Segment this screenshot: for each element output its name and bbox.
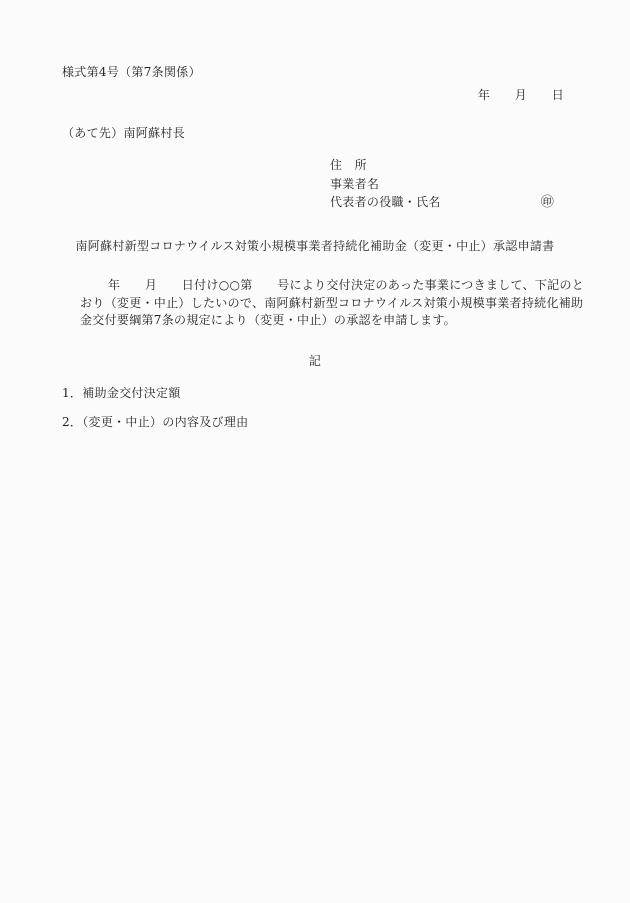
body-line: 金交付要綱第7条の規定により（変更・中止）の承認を申請します。 [80, 312, 590, 330]
body-line: おり（変更・中止）したいので、南阿蘇村新型コロナウイルス対策小規模事業者持続化補… [80, 295, 590, 313]
document-page: 様式第4号（第7条関係） 年 月 日 （あて先）南阿蘇村長 住 所 事業者名 代… [0, 0, 630, 903]
business-name-label: 事業者名 [330, 175, 554, 194]
address-label: 住 所 [330, 156, 554, 175]
body-paragraph: 年 月 日付け○○第 号により交付決定のあった事業につきまして、下記のと おり（… [80, 277, 590, 330]
form-number: 様式第4号（第7条関係） [62, 63, 201, 80]
document-title: 南阿蘇村新型コロナウイルス対策小規模事業者持続化補助金（変更・中止）承認申請書 [62, 237, 568, 254]
list-item-change-reason: 2．（変更・中止）の内容及び理由 [62, 413, 248, 430]
list-item-grant-amount: 1．補助金交付決定額 [62, 384, 181, 401]
body-line: 年 月 日付け○○第 号により交付決定のあった事業につきまして、下記のと [80, 277, 590, 295]
record-heading: 記 [62, 352, 568, 369]
date-line: 年 月 日 [478, 86, 564, 103]
seal-mark-icon: ㊞ [541, 194, 554, 213]
addressee: （あて先）南阿蘇村長 [62, 124, 185, 141]
applicant-block: 住 所 事業者名 代表者の役職・氏名 ㊞ [330, 156, 554, 212]
representative-line: 代表者の役職・氏名 ㊞ [330, 193, 554, 212]
representative-label: 代表者の役職・氏名 [330, 193, 441, 212]
